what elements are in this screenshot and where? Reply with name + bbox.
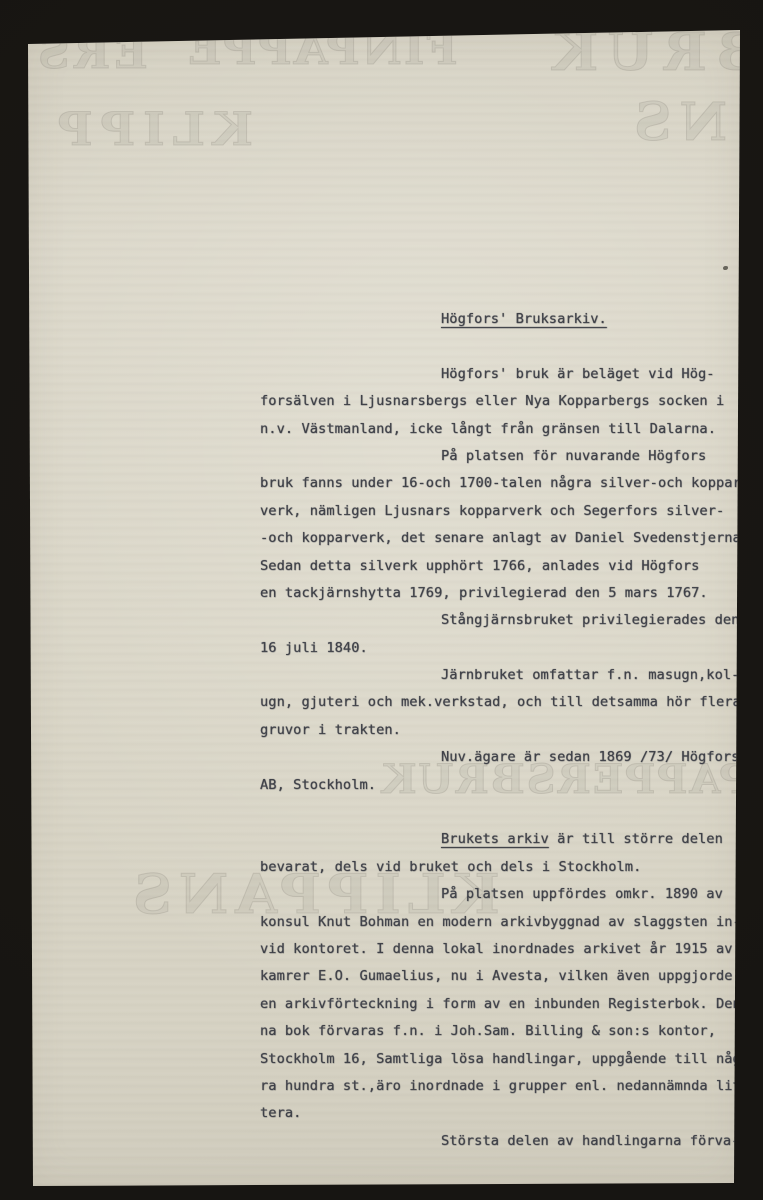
text-line: Största delen av handlingarna förva- bbox=[260, 1128, 746, 1155]
text-line: Sedan detta silverk upphört 1766, anlade… bbox=[260, 553, 746, 580]
text-line: Stångjärnsbruket privilegierades den bbox=[260, 607, 746, 634]
text-line: 16 juli 1840. bbox=[260, 635, 746, 662]
text-line: bevarat, dels vid bruket och dels i Stoc… bbox=[260, 854, 746, 881]
text-line: -och kopparverk, det senare anlagt av Da… bbox=[260, 525, 746, 552]
text-line: gruvor i trakten. bbox=[260, 717, 746, 744]
text-line: Brukets arkiv är till större delen bbox=[260, 826, 746, 853]
blank-line bbox=[260, 333, 746, 360]
bleedthrough-text: KLIPP bbox=[50, 102, 253, 156]
text-line: en tackjärnshytta 1769, privilegierad de… bbox=[260, 580, 746, 607]
text-line: Nuv.ägare är sedan 1869 /73/ Högfors bbox=[260, 744, 746, 771]
document-heading: Högfors' Bruksarkiv. bbox=[260, 306, 746, 333]
text-line: ugn, gjuteri och mek.verkstad, och till … bbox=[260, 689, 746, 716]
underlined-text: Brukets arkiv bbox=[441, 831, 549, 847]
text-line: verk, nämligen Ljusnars kopparverk och S… bbox=[260, 498, 746, 525]
text-line: kamrer E.O. Gumaelius, nu i Avesta, vilk… bbox=[260, 963, 746, 990]
text-line: På platsen för nuvarande Högfors bbox=[260, 443, 746, 470]
document-page: BRUKFINPAPPEERSNSKLIPPFINPAPPERSBRUKKLIP… bbox=[28, 30, 740, 1186]
text-line: AB, Stockholm. bbox=[260, 772, 746, 799]
text-line: konsul Knut Bohman en modern arkivbyggna… bbox=[260, 909, 746, 936]
text-line: na bok förvaras f.n. i Joh.Sam. Billing … bbox=[260, 1018, 746, 1045]
text-line: vid kontoret. I denna lokal inordnades a… bbox=[260, 936, 746, 963]
bleedthrough-text: NS bbox=[626, 92, 727, 153]
blank-line bbox=[260, 799, 746, 826]
typewritten-text: Högfors' Bruksarkiv. Högfors' bruk är be… bbox=[260, 306, 746, 1155]
text-line: Högfors' bruk är beläget vid Hög- bbox=[260, 361, 746, 388]
text-line: På platsen uppfördes omkr. 1890 av bbox=[260, 881, 746, 908]
text-line: bruk fanns under 16-och 1700-talen några… bbox=[260, 470, 746, 497]
text-line: forsälven i Ljusnarsbergs eller Nya Kopp… bbox=[260, 388, 746, 415]
ink-speck bbox=[723, 266, 728, 270]
underlined-text: Högfors' Bruksarkiv. bbox=[441, 311, 607, 327]
text-line: n.v. Västmanland, icke långt från gränse… bbox=[260, 416, 746, 443]
text-line: Stockholm 16, Samtliga lösa handlingar, … bbox=[260, 1046, 746, 1073]
text-line: ra hundra st.,äro inordnade i grupper en… bbox=[260, 1073, 746, 1100]
text-line: Järnbruket omfattar f.n. masugn,kol- bbox=[260, 662, 746, 689]
text-line: tera. bbox=[260, 1100, 746, 1127]
text-line: en arkivförteckning i form av en inbunde… bbox=[260, 991, 746, 1018]
